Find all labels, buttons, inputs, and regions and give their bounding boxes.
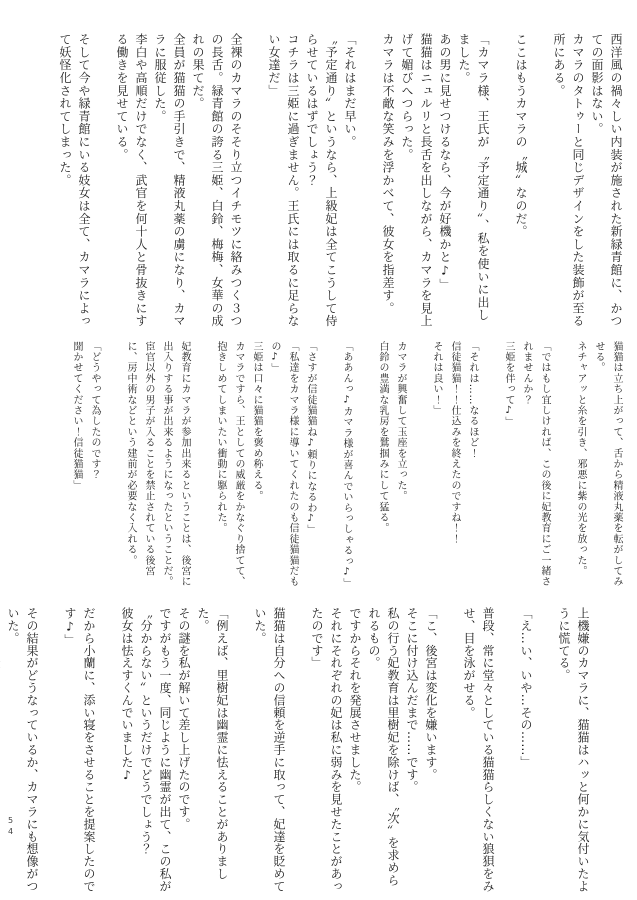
paragraph: そして今や緑青館にいる妓女は全て、カマラによって妖怪化されてしまった。	[55, 33, 93, 331]
paragraph: ここはもうカマラの〝城〟なのだ。	[511, 33, 530, 331]
paragraph-group: 「カマラ様、王氏が〝予定通り〟、私を使いに出しました。 あの男に見せつけるなら、…	[378, 33, 492, 331]
paragraph-group: その結果がどうなっているか、カマラにも想像がついた。 ますます滾っていく。	[0, 607, 41, 896]
paragraph: カマラですら、王としての威厳をかなぐり捨てて、抱きしめてしまいたい衝動に駆られた…	[211, 341, 247, 592]
paragraph-group: 「こ、後宮は変化を嫌います。 そこに付け込んだまで……です。 私の行う妃教育は里…	[307, 607, 440, 896]
paragraph: 「例えば、里樹妃は幽霊に怯えることがありました。	[193, 607, 231, 896]
paragraph: カマラのタトゥーと同じデザインをした装飾が至る所にある。	[549, 33, 587, 331]
paragraph: だから小蘭に、添い寝をさせることを提案したのです♪」	[60, 607, 98, 896]
paragraph-group: 西洋風の禍々しい内装が施された新緑青館に、かつての面影はない。 カマラのタトゥー…	[549, 33, 625, 331]
page-number: 54	[6, 816, 14, 838]
paragraph-group: 妃教育にカマラが参加出来るということは、後宮に出入りする事が出来るようになったと…	[121, 341, 193, 592]
paragraph: 〝予定通り〟というなら、上級妃は全てこうして侍らせているはずでしょう？	[302, 33, 340, 331]
paragraph: 聞かせてください！信徒猫猫」	[67, 341, 85, 592]
paragraph: 西洋風の禍々しい内装が施された新緑青館に、かつての面影はない。	[587, 33, 625, 331]
paragraph: あの男に見せつけるなら、今が好機かと♪」	[435, 33, 454, 331]
paragraph: 「さすが信徒猫猫ね♪頼りになるわ♪」	[301, 341, 319, 592]
text-band-top: 西洋風の禍々しい内装が施された新緑青館に、かつての面影はない。 カマラのタトゥー…	[55, 33, 625, 331]
paragraph: 李白や高順だけでなく、武官を何十人と骨抜きにする働きを見せている。	[112, 33, 150, 331]
paragraph-group: 「それは……なるほど！ 信徒猫猫！！仕込みを終えたのですね！！ それは良い！」	[427, 341, 481, 592]
text-band-middle: 猫猫は立ち上がって、舌から精液丸薬を転がしてみせる。 ネチャアッと糸を引き、邪悪…	[67, 341, 625, 592]
paragraph: 白鈴の豊満な乳房を鷲掴みにして猛る。	[373, 341, 391, 592]
paragraph: ですからそれを発展させました。	[345, 607, 364, 896]
paragraph: 「ではもし宜しければ、この後に妃教育にご一緒されませんか？	[517, 341, 553, 592]
paragraph-group: 「どうやって為したのです？ 聞かせてください！信徒猫猫」	[67, 341, 103, 592]
paragraph-group: 猫猫は自分への信頼を逆手に取って、妃達を貶めていた。	[250, 607, 288, 896]
paragraph: 全員が猫猫の手引きで、精液丸薬の虜になり、カマラに服従した。	[150, 33, 188, 331]
paragraph: 「こ、後宮は変化を嫌います。	[421, 607, 440, 896]
paragraph: 私の行う妃教育は里樹妃を除けば、〝次〟を求められるもの。	[364, 607, 402, 896]
paragraph-group: そして今や緑青館にいる妓女は全て、カマラによって妖怪化されてしまった。	[55, 33, 93, 331]
paragraph-group: カマラが興奮して玉座を立った。 白鈴の豊満な乳房を鷲掴みにして猛る。	[373, 341, 409, 592]
paragraph: 宦官以外の男子が入ることを禁止されている後宮に、房中術などという建前が必要なく入…	[121, 341, 157, 592]
paragraph-group: 上機嫌のカマラに、猫猫はハッと何かに気付いたように慌てる。	[554, 607, 592, 896]
paragraph: 「私達をカマラ様に導いてくれたのも信徒猫猫だもの♪」	[265, 341, 301, 592]
paragraph: 猫猫は立ち上がって、舌から精液丸薬を転がしてみせる。	[589, 341, 625, 592]
paragraph-group: だから小蘭に、添い寝をさせることを提案したのです♪」	[60, 607, 98, 896]
paragraph: 上機嫌のカマラに、猫猫はハッと何かに気付いたように慌てる。	[554, 607, 592, 896]
paragraph: ネチャアッと糸を引き、邪悪に紫の光を放った。	[571, 341, 589, 592]
paragraph-group: 「ああんっ♪カマラ様が喜んでいらっしゃるっ♪」	[337, 341, 355, 592]
paragraph: 猫猫は自分への信頼を逆手に取って、妃達を貶めていた。	[250, 607, 288, 896]
paragraph: 三姫は口々に猫猫を褒め称える。	[247, 341, 265, 592]
paragraph-group: ここはもうカマラの〝城〟なのだ。	[511, 33, 530, 331]
paragraph: 「それは……なるほど！	[463, 341, 481, 592]
paragraph-group: 「例えば、里樹妃は幽霊に怯えることがありました。 その謎を私が解いて差し上げたの…	[117, 607, 231, 896]
paragraph: それにそれぞれの妃は私に弱みを見せたことがあったのです」	[307, 607, 345, 896]
paragraph: ますます滾っていく。	[0, 607, 3, 896]
paragraph-group: 「ではもし宜しければ、この後に妃教育にご一緒されませんか？ 三姫を伴って♪」	[499, 341, 553, 592]
paragraph: ですがもう一度、同じように幽霊が出て、この私が〝分からない〟というだけでどうでし…	[136, 607, 174, 896]
paragraph: 三姫を伴って♪」	[499, 341, 517, 592]
paragraph: カマラが興奮して玉座を立った。	[391, 341, 409, 592]
paragraph: その結果がどうなっているか、カマラにも想像がついた。	[3, 607, 41, 896]
page: { "page_number": "54", "colors": { "back…	[0, 0, 637, 900]
paragraph: 「どうやって為したのです？	[85, 341, 103, 592]
paragraph: 猫猫はニュルリと長舌を出しながら、カマラを見上げて媚びへつらった。	[397, 33, 435, 331]
paragraph: そこに付け込んだまで……です。	[402, 607, 421, 896]
paragraph: その謎を私が解いて差し上げたのです。	[174, 607, 193, 896]
paragraph-group: 猫猫は立ち上がって、舌から精液丸薬を転がしてみせる。 ネチャアッと糸を引き、邪悪…	[571, 341, 625, 592]
text-band-bottom: 上機嫌のカマラに、猫猫はハッと何かに気付いたように慌てる。 「え…い、いや…その…	[0, 607, 592, 896]
paragraph-group: 「さすが信徒猫猫ね♪頼りになるわ♪」 「私達をカマラ様に導いてくれたのも信徒猫猫…	[211, 341, 319, 592]
paragraph: それは良い！」	[427, 341, 445, 592]
paragraph: 普段、常に堂々としている猫猫らしくない狼狽をみせ、目を泳がせる。	[459, 607, 497, 896]
paragraph: 「それはまだ早い。	[340, 33, 359, 331]
paragraph: 「ああんっ♪カマラ様が喜んでいらっしゃるっ♪」	[337, 341, 355, 592]
paragraph: コチラは三姫に過ぎません。王氏には取るに足らない女達だ」	[264, 33, 302, 331]
paragraph: 全裸のカマラのそそり立つイチモツに絡みつく３つの長舌。緑青館の誇る三姫、白鈴、梅…	[188, 33, 245, 331]
paragraph: 信徒猫猫！！仕込みを終えたのですね！！	[445, 341, 463, 592]
paragraph-group: 普段、常に堂々としている猫猫らしくない狼狽をみせ、目を泳がせる。	[459, 607, 497, 896]
paragraph-group: 「え…い、いや…その……」	[516, 607, 535, 896]
paragraph: 彼女は怯えすくんでいました♪	[117, 607, 136, 896]
paragraph: 「カマラ様、王氏が〝予定通り〟、私を使いに出しました。	[454, 33, 492, 331]
paragraph-group: 「それはまだ早い。 〝予定通り〟というなら、上級妃は全てこうして侍らせているはず…	[264, 33, 359, 331]
paragraph: 「え…い、いや…その……」	[516, 607, 535, 896]
paragraph: 妃教育にカマラが参加出来るということは、後宮に出入りする事が出来るようになったと…	[157, 341, 193, 592]
paragraph-group: 全裸のカマラのそそり立つイチモツに絡みつく３つの長舌。緑青館の誇る三姫、白鈴、梅…	[112, 33, 245, 331]
novel-page: 西洋風の禍々しい内装が施された新緑青館に、かつての面影はない。 カマラのタトゥー…	[0, 0, 637, 900]
paragraph: カマラは不敵な笑みを浮かべて、彼女を指差す。	[378, 33, 397, 331]
